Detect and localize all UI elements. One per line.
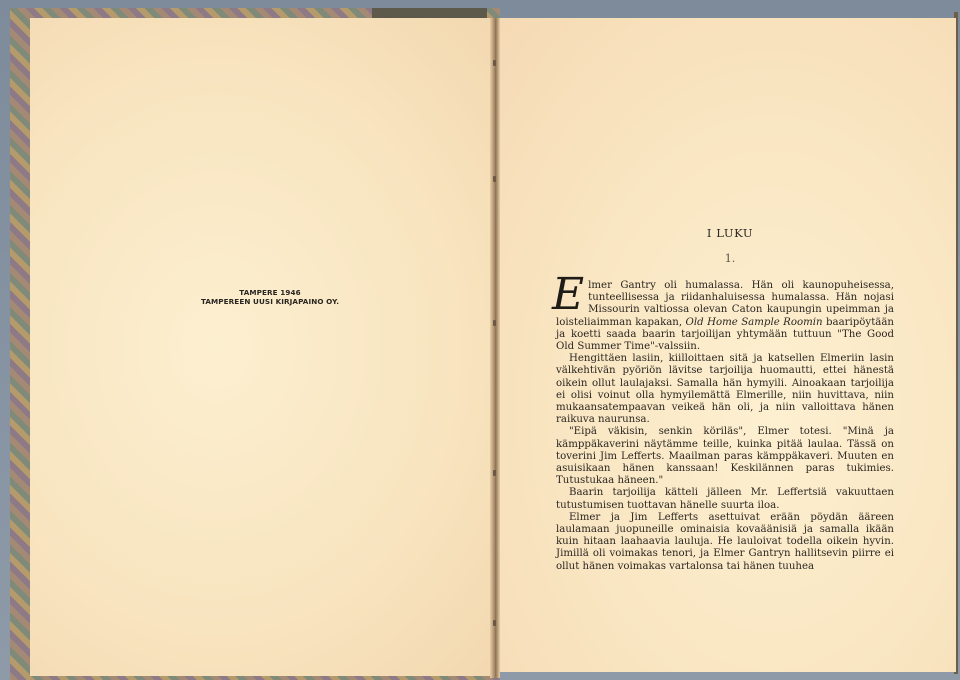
drop-cap: E <box>552 278 584 312</box>
italic-place-name: Old Home Sample Roomin <box>686 317 823 328</box>
binding-stitch <box>493 620 496 626</box>
left-page <box>30 18 496 676</box>
chapter-body: Elmer Gantry oli humalassa. Hän oli kaun… <box>556 280 894 573</box>
binding-stitch <box>493 60 496 66</box>
printer-imprint: TAMPERE 1946 TAMPEREEN UUSI KIRJAPAINO O… <box>150 288 390 306</box>
book-gutter <box>490 18 500 678</box>
paragraph: Elmer Gantry oli humalassa. Hän oli kaun… <box>556 280 894 353</box>
section-number: 1. <box>540 252 920 265</box>
imprint-place-year: TAMPERE 1946 <box>150 288 390 297</box>
binding-stitch <box>493 470 496 476</box>
imprint-printer: TAMPEREEN UUSI KIRJAPAINO OY. <box>150 297 390 306</box>
paragraph: Elmer ja Jim Lefferts asettuivat erään p… <box>556 512 894 573</box>
binding-stitch <box>493 176 496 182</box>
paragraph: "Eipä väkisin, senkin köriläs", Elmer to… <box>556 426 894 487</box>
chapter-title: I LUKU <box>540 226 920 240</box>
paragraph: Hengittäen lasiin, kiilloittaen sitä ja … <box>556 353 894 426</box>
paragraph: Baarin tarjoilija kätteli jälleen Mr. Le… <box>556 487 894 511</box>
binding-stitch <box>493 320 496 326</box>
